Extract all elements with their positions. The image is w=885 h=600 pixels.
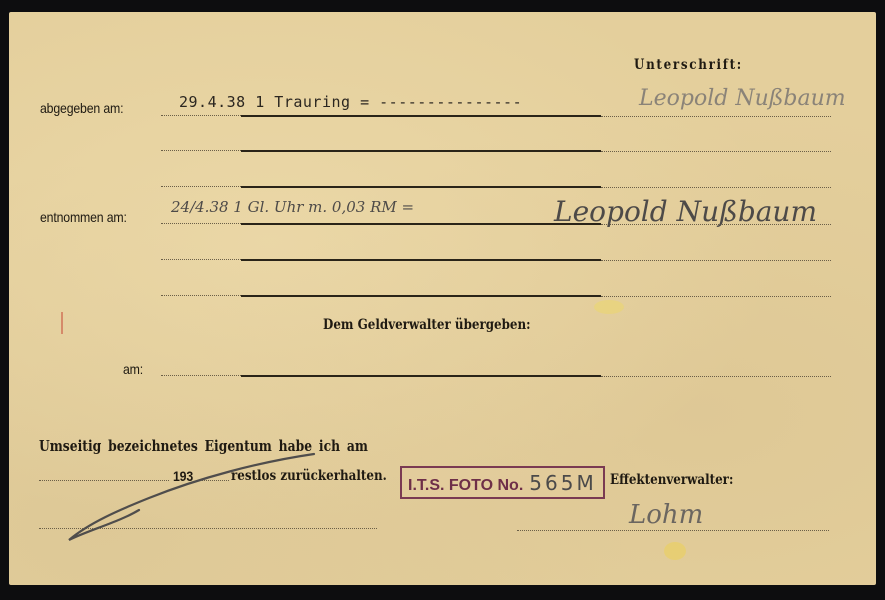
dotted-line bbox=[601, 376, 831, 377]
stain bbox=[594, 300, 624, 314]
its-foto-stamp: I.T.S. FOTO No. 565M bbox=[400, 466, 605, 499]
entry-line bbox=[241, 150, 601, 152]
effektenverwalter-label: Effektenverwalter: bbox=[610, 472, 733, 488]
entry-line bbox=[241, 259, 601, 261]
geldverwalter-date-label: am: bbox=[123, 361, 143, 377]
dotted-line bbox=[601, 260, 831, 261]
entnommen-signature: Leopold Nußbaum bbox=[554, 195, 817, 228]
entry-line bbox=[241, 223, 601, 225]
entry-line bbox=[241, 115, 601, 117]
geldverwalter-heading: Dem Geldverwalter übergeben: bbox=[323, 317, 531, 333]
abgegeben-signature: Leopold Nußbaum bbox=[639, 86, 846, 111]
dotted-line bbox=[601, 151, 831, 152]
dotted-line bbox=[161, 259, 241, 260]
abgegeben-label: abgegeben am: bbox=[40, 100, 123, 116]
entry-line bbox=[241, 375, 601, 377]
effektenverwalter-signature: Lohm bbox=[629, 500, 703, 530]
dotted-line bbox=[161, 295, 241, 296]
dotted-line bbox=[161, 186, 241, 187]
signature-header: Unterschrift: bbox=[634, 57, 743, 73]
entry-line bbox=[241, 186, 601, 188]
entry-line bbox=[241, 295, 601, 297]
dotted-line bbox=[161, 375, 241, 376]
dotted-line bbox=[517, 530, 829, 531]
dotted-line bbox=[601, 116, 831, 117]
stain bbox=[664, 542, 686, 560]
abgegeben-typed-entry: 29.4.38 1 Trauring = --------------- bbox=[179, 93, 522, 111]
red-mark bbox=[61, 312, 63, 334]
stamp-number: 565M bbox=[529, 471, 596, 495]
dotted-line bbox=[161, 115, 241, 116]
entnommen-label: entnommen am: bbox=[40, 209, 127, 225]
dotted-line bbox=[601, 296, 831, 297]
pencil-strikethrough bbox=[59, 448, 329, 548]
dotted-line bbox=[161, 150, 241, 151]
dotted-line bbox=[601, 187, 831, 188]
entnommen-handwritten-entry: 24/4.38 1 Gl. Uhr m. 0,03 RM = bbox=[171, 198, 414, 216]
document-card: Unterschrift: abgegeben am: 29.4.38 1 Tr… bbox=[9, 12, 876, 585]
dotted-line bbox=[161, 223, 241, 224]
stamp-label: I.T.S. FOTO No. bbox=[408, 477, 523, 495]
